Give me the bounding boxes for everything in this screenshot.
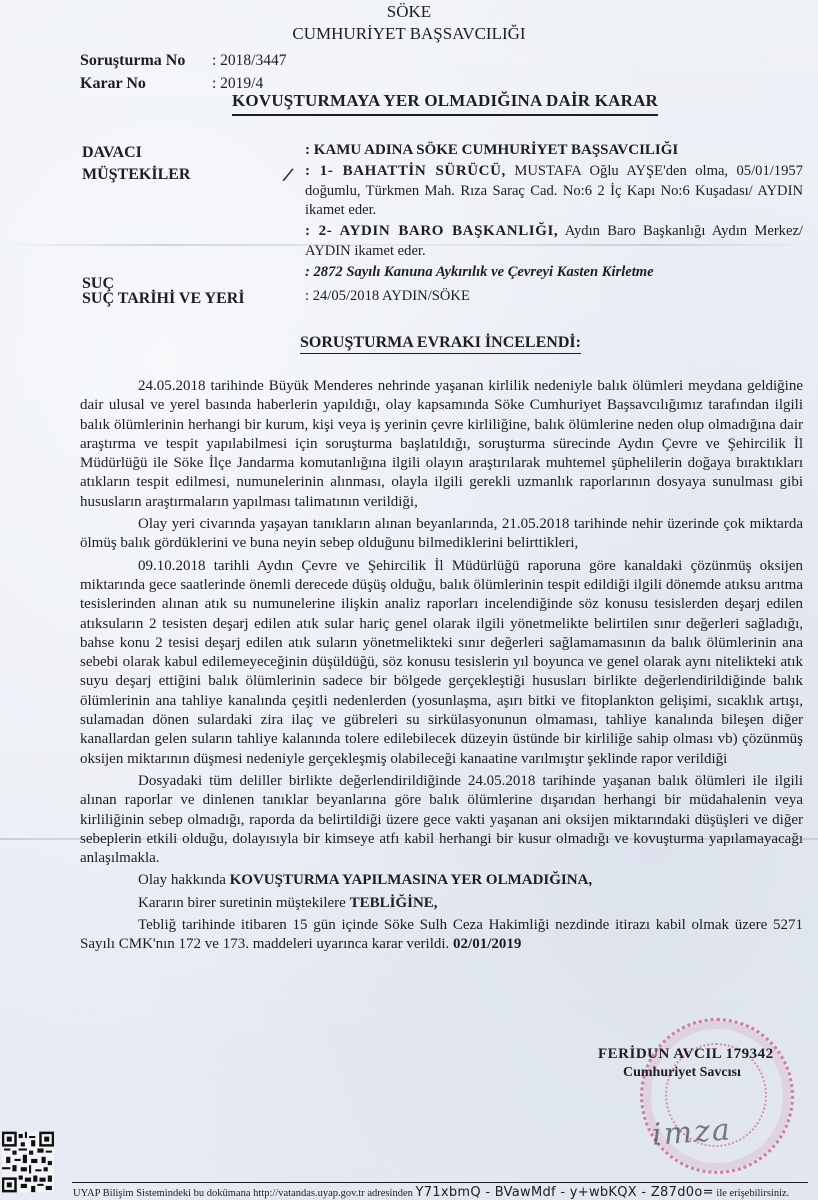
crime-date-place-label: SUÇ TARİHİ VE YERİ bbox=[82, 290, 245, 308]
footer-rule bbox=[72, 1182, 808, 1183]
paragraph: 24.05.2018 tarihinde Büyük Menderes nehr… bbox=[80, 377, 803, 512]
investigation-no-value: : 2018/3447 bbox=[212, 52, 287, 70]
handwritten-check-mark: / bbox=[281, 162, 296, 189]
section-title: SORUŞTURMA EVRAKI İNCELENDİ: bbox=[300, 334, 581, 354]
plaintiff-label: DAVACI bbox=[82, 144, 142, 162]
complainant-1: : 1- BAHATTİN SÜRÜCÜ, MUSTAFA Oğlu AYŞE'… bbox=[305, 162, 803, 221]
prosecutor-name: FERİDUN AVCIL 179342 bbox=[598, 1046, 774, 1063]
header-city: SÖKE bbox=[0, 2, 818, 22]
decision-date: 02/01/2019 bbox=[453, 936, 521, 952]
verification-code: Y71xbmQ - BVawMdf - y+wbKQX - Z87d0o= bbox=[415, 1185, 713, 1200]
decision-line-3-text: Tebliğ tarihinde itibaren 15 gün içinde … bbox=[80, 917, 803, 952]
decision-line-2: Kararın birer suretinin müştekilere TEBL… bbox=[80, 894, 803, 913]
complainant-2: : 2- AYDIN BARO BAŞKANLIĞI, Aydın Baro B… bbox=[305, 222, 803, 261]
paragraph: Olay yeri civarında yaşayan tanıkların a… bbox=[80, 515, 803, 554]
crime-date-place-value: : 24/05/2018 AYDIN/SÖKE bbox=[305, 287, 803, 307]
prosecutor-title: Cumhuriyet Savcısı bbox=[623, 1065, 741, 1081]
decision-line-1-bold: KOVUŞTURMA YAPILMASINA YER OLMADIĞINA, bbox=[230, 872, 593, 888]
decision-line-2-bold: TEBLİĞİNE, bbox=[350, 895, 438, 911]
complainant-1-name: : 1- BAHATTİN SÜRÜCÜ, bbox=[305, 163, 506, 179]
decision-line-1-text: Olay hakkında bbox=[138, 872, 230, 888]
paragraph: 09.10.2018 tarihli Aydın Çevre ve Şehirc… bbox=[80, 557, 803, 769]
decision-line-2-text: Kararın birer suretinin müştekilere bbox=[138, 895, 350, 911]
plaintiff-value: : KAMU ADINA SÖKE CUMHURİYET BAŞSAVCILIĞ… bbox=[305, 141, 803, 161]
document-title: KOVUŞTURMAYA YER OLMADIĞINA DAİR KARAR bbox=[232, 91, 658, 116]
paragraph: Dosyadaki tüm deliller birlikte değerlen… bbox=[80, 772, 803, 868]
decision-no-label: Karar No bbox=[80, 75, 146, 93]
handwritten-signature: imza bbox=[651, 1112, 733, 1152]
investigation-no-label: Soruşturma No bbox=[80, 52, 185, 70]
footer-suffix: ile erişebilirsiniz. bbox=[716, 1188, 789, 1199]
footer: UYAP Bilişim Sistemindeki bu dokümana ht… bbox=[73, 1185, 789, 1200]
complainant-2-name: : 2- AYDIN BARO BAŞKANLIĞI, bbox=[305, 223, 558, 239]
body-text: 24.05.2018 tarihinde Büyük Menderes nehr… bbox=[80, 377, 803, 955]
header-office: CUMHURİYET BAŞSAVCILIĞI bbox=[0, 24, 818, 44]
complainants-label: MÜŞTEKİLER bbox=[82, 166, 190, 184]
decision-line-1: Olay hakkında KOVUŞTURMA YAPILMASINA YER… bbox=[80, 871, 803, 890]
qr-code-icon bbox=[2, 1131, 54, 1193]
decision-line-3: Tebliğ tarihinde itibaren 15 gün içinde … bbox=[80, 916, 803, 955]
footer-prefix: UYAP Bilişim Sistemindeki bu dokümana ht… bbox=[73, 1188, 413, 1199]
crime-value: : 2872 Sayılı Kanuna Aykırılık ve Çevrey… bbox=[305, 263, 803, 283]
document-page: SÖKE CUMHURİYET BAŞSAVCILIĞI Soruşturma … bbox=[0, 0, 818, 1200]
